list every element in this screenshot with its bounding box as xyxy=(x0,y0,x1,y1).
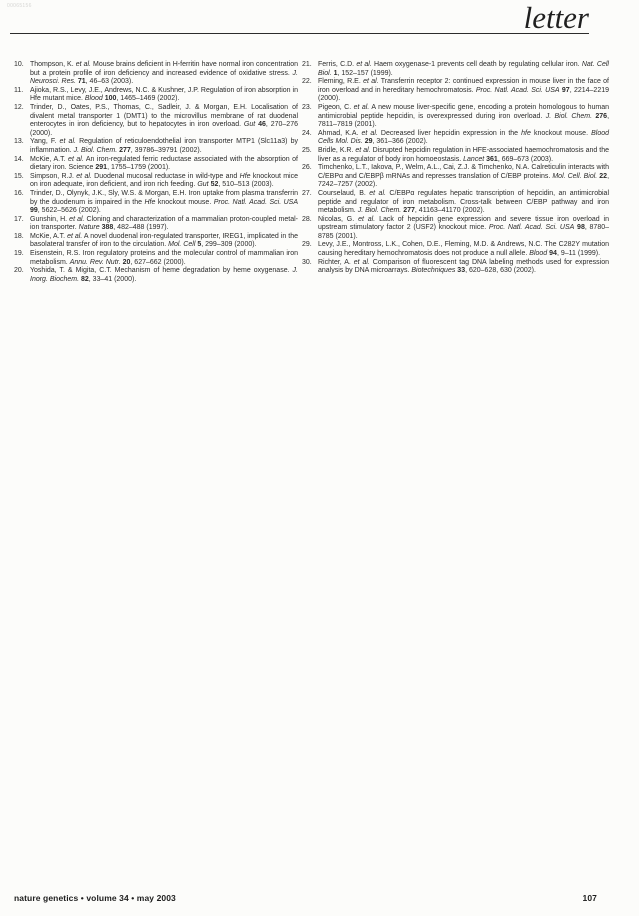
reference-item: 13.Yang, F. et al. Regulation of reticul… xyxy=(14,138,298,155)
reference-number: 27. xyxy=(302,190,318,216)
reference-number: 14. xyxy=(14,156,30,173)
reference-text: Timchenko, L.T., Iakova, P., Welm, A.L.,… xyxy=(318,164,609,190)
reference-item: 18.McKie, A.T. et al. A novel duodenal i… xyxy=(14,233,298,250)
reference-text: Ajioka, R.S., Levy, J.E., Andrews, N.C. … xyxy=(30,87,298,104)
reference-item: 30.Richter, A. et al. Comparison of fluo… xyxy=(302,259,609,276)
reference-text: Pigeon, C. et al. A new mouse liver-spec… xyxy=(318,104,609,130)
reference-number: 21. xyxy=(302,61,318,78)
reference-number: 24. xyxy=(302,130,318,147)
reference-item: 21.Ferris, C.D. et al. Haem oxygenase-1 … xyxy=(302,61,609,78)
reference-text: Nicolas, G. et al. Lack of hepcidin gene… xyxy=(318,216,609,242)
references-column-left: 10.Thompson, K. et al. Mouse brains defi… xyxy=(14,61,298,284)
references-column-right: 21.Ferris, C.D. et al. Haem oxygenase-1 … xyxy=(302,61,609,276)
reference-text: Bridle, K.R. et al. Disrupted hepcidin r… xyxy=(318,147,609,164)
reference-number: 25. xyxy=(302,147,318,164)
reference-number: 29. xyxy=(302,241,318,258)
reference-text: Courselaud, B. et al. C/EBPα regulates h… xyxy=(318,190,609,216)
reference-text: Simpson, R.J. et al. Duodenal mucosal re… xyxy=(30,173,298,190)
reference-number: 16. xyxy=(14,190,30,216)
reference-item: 15.Simpson, R.J. et al. Duodenal mucosal… xyxy=(14,173,298,190)
reference-item: 29.Levy, J.E., Montross, L.K., Cohen, D.… xyxy=(302,241,609,258)
reference-item: 23.Pigeon, C. et al. A new mouse liver-s… xyxy=(302,104,609,130)
reference-text: Ahmad, K.A. et al. Decreased liver hepci… xyxy=(318,130,609,147)
reference-number: 20. xyxy=(14,267,30,284)
reference-item: 11.Ajioka, R.S., Levy, J.E., Andrews, N.… xyxy=(14,87,298,104)
reference-text: McKie, A.T. et al. An iron-regulated fer… xyxy=(30,156,298,173)
journal-volume-line: nature genetics • volume 34 • may 2003 xyxy=(14,893,176,903)
reference-number: 23. xyxy=(302,104,318,130)
reference-number: 15. xyxy=(14,173,30,190)
reference-text: Yang, F. et al. Regulation of reticuloen… xyxy=(30,138,298,155)
page-title: letter xyxy=(524,2,589,33)
reference-item: 20.Yoshida, T. & Migita, C.T. Mechanism … xyxy=(14,267,298,284)
reference-text: Gunshin, H. et al. Cloning and character… xyxy=(30,216,298,233)
reference-text: Fleming, R.E. et al. Transferrin recepto… xyxy=(318,78,609,104)
page-number: 107 xyxy=(583,893,597,903)
reference-number: 10. xyxy=(14,61,30,87)
reference-text: Thompson, K. et al. Mouse brains deficie… xyxy=(30,61,298,87)
reference-text: Yoshida, T. & Migita, C.T. Mechanism of … xyxy=(30,267,298,284)
reference-item: 17.Gunshin, H. et al. Cloning and charac… xyxy=(14,216,298,233)
reference-item: 27.Courselaud, B. et al. C/EBPα regulate… xyxy=(302,190,609,216)
reference-item: 12.Trinder, D., Oates, P.S., Thomas, C.,… xyxy=(14,104,298,138)
reference-item: 24.Ahmad, K.A. et al. Decreased liver he… xyxy=(302,130,609,147)
reference-text: Trinder, D., Olynyk, J.K., Sly, W.S. & M… xyxy=(30,190,298,216)
reference-item: 14.McKie, A.T. et al. An iron-regulated … xyxy=(14,156,298,173)
reference-item: 22.Fleming, R.E. et al. Transferrin rece… xyxy=(302,78,609,104)
reference-item: 16.Trinder, D., Olynyk, J.K., Sly, W.S. … xyxy=(14,190,298,216)
reference-number: 28. xyxy=(302,216,318,242)
page-footer: nature genetics • volume 34 • may 2003 1… xyxy=(14,893,597,903)
header-rule xyxy=(10,33,589,34)
reference-item: 10.Thompson, K. et al. Mouse brains defi… xyxy=(14,61,298,87)
reference-text: Eisenstein, R.S. Iron regulatory protein… xyxy=(30,250,298,267)
reference-item: 25.Bridle, K.R. et al. Disrupted hepcidi… xyxy=(302,147,609,164)
reference-number: 18. xyxy=(14,233,30,250)
reference-item: 28.Nicolas, G. et al. Lack of hepcidin g… xyxy=(302,216,609,242)
reference-number: 22. xyxy=(302,78,318,104)
reference-number: 17. xyxy=(14,216,30,233)
reference-text: Richter, A. et al. Comparison of fluores… xyxy=(318,259,609,276)
reference-text: Ferris, C.D. et al. Haem oxygenase-1 pre… xyxy=(318,61,609,78)
reference-number: 30. xyxy=(302,259,318,276)
reference-text: McKie, A.T. et al. A novel duodenal iron… xyxy=(30,233,298,250)
reference-text: Trinder, D., Oates, P.S., Thomas, C., Sa… xyxy=(30,104,298,138)
reference-item: 19.Eisenstein, R.S. Iron regulatory prot… xyxy=(14,250,298,267)
reference-number: 26. xyxy=(302,164,318,190)
journal-page: 00065156 letter 10.Thompson, K. et al. M… xyxy=(0,0,639,916)
reference-text: Levy, J.E., Montross, L.K., Cohen, D.E.,… xyxy=(318,241,609,258)
scan-artifact-id: 00065156 xyxy=(7,3,32,9)
reference-number: 13. xyxy=(14,138,30,155)
reference-number: 12. xyxy=(14,104,30,138)
reference-number: 19. xyxy=(14,250,30,267)
reference-item: 26.Timchenko, L.T., Iakova, P., Welm, A.… xyxy=(302,164,609,190)
reference-number: 11. xyxy=(14,87,30,104)
